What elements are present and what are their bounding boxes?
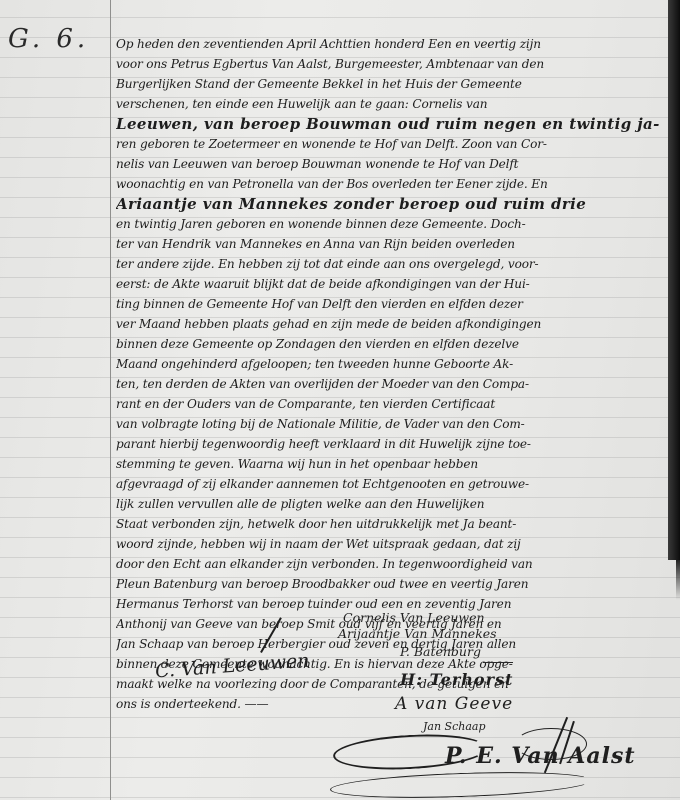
- signature-left: C. Van Leeuwen: [154, 650, 310, 683]
- signature-stroke: [260, 617, 281, 652]
- signature-groom: Cornelis Van Leeuwen: [343, 610, 485, 625]
- signature-underline: [483, 662, 513, 663]
- register-page: G. 6. Op heden den zeventienden April Ac…: [0, 0, 680, 800]
- signature-witness-van-geeve: A van Geeve: [395, 694, 513, 714]
- signature-witness-batenburg: P. Batenburg: [400, 644, 481, 659]
- signature-witness-terhorst: H: Terhorst: [400, 670, 513, 689]
- signature-witness-schaap: Jan Schaap: [423, 720, 486, 733]
- signature-block: C. Van Leeuwen Cornelis Van Leeuwen Arij…: [0, 0, 680, 800]
- signature-flourish: [330, 768, 593, 800]
- signature-bride: Arijaantje Van Mannekes: [338, 626, 497, 641]
